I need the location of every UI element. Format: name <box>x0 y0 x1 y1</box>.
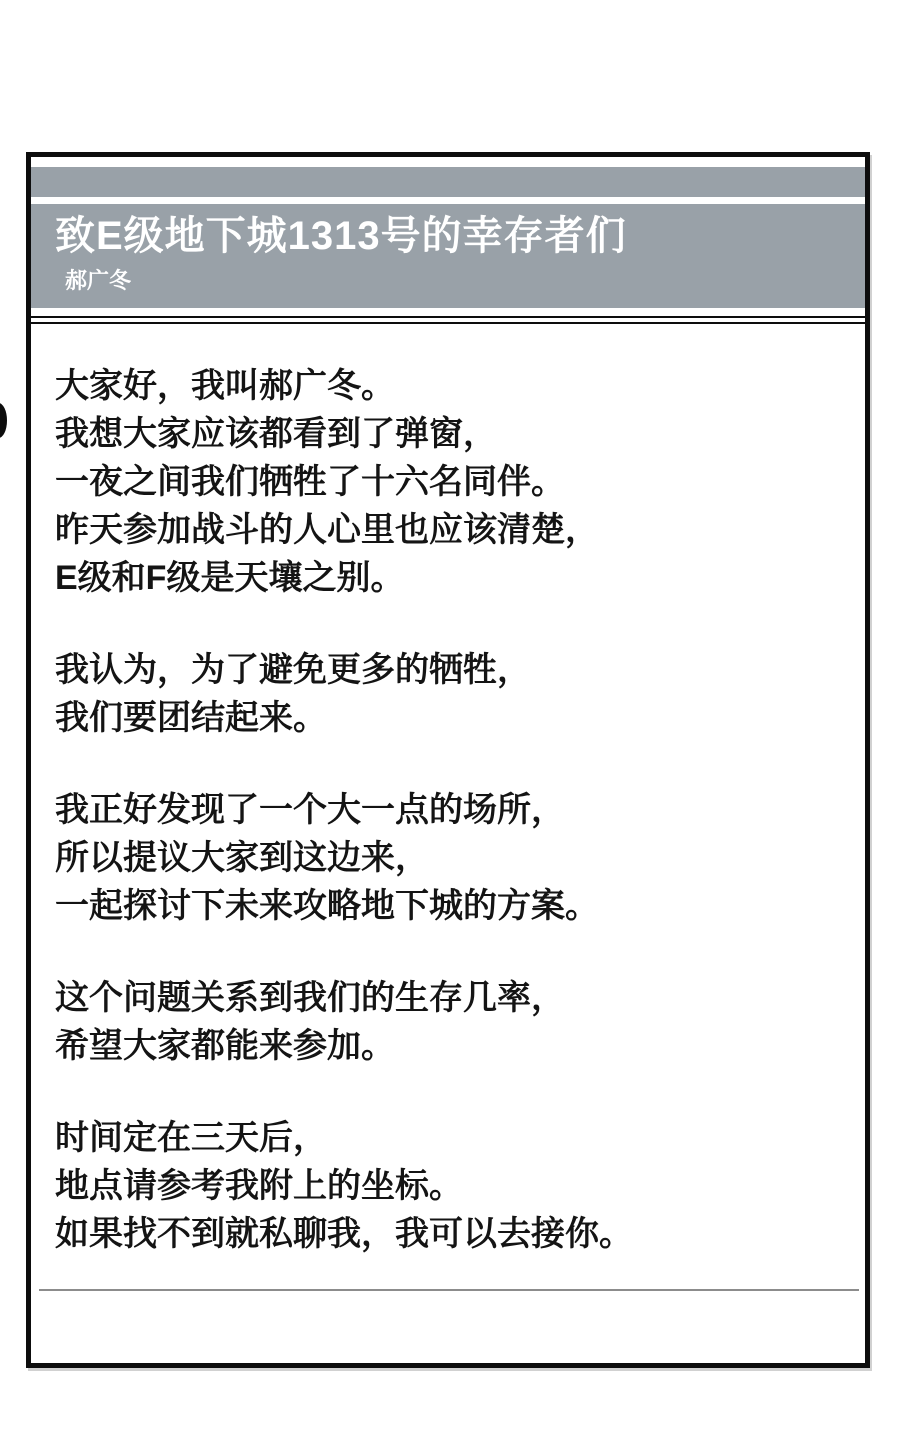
notice-body: 大家好，我叫郝广冬。我想大家应该都看到了弹窗，一夜之间我们牺牲了十六名同伴。昨天… <box>31 324 865 1258</box>
text-line: 地点请参考我附上的坐标。 <box>55 1162 835 1210</box>
text-line: 我们要团结起来。 <box>55 694 835 742</box>
notice-card-inner: 致E级地下城1313号的幸存者们 郝广冬 大家好，我叫郝广冬。我想大家应该都看到… <box>31 157 865 1363</box>
header-bottom-gap <box>31 308 865 316</box>
text-line: E级和F级是天壤之别。 <box>55 554 835 602</box>
text-line: 我想大家应该都看到了弹窗， <box>55 410 835 458</box>
header-mid-gap <box>31 197 865 204</box>
text-line: 希望大家都能来参加。 <box>55 1022 835 1070</box>
paragraph: 我正好发现了一个大一点的场所，所以提议大家到这边来，一起探讨下未来攻略地下城的方… <box>55 786 835 930</box>
header-top-bar <box>31 167 865 197</box>
header-top-gap <box>31 157 865 167</box>
text-line: 一起探讨下未来攻略地下城的方案。 <box>55 882 835 930</box>
paragraph: 时间定在三天后，地点请参考我附上的坐标。如果找不到就私聊我，我可以去接你。 <box>55 1114 835 1258</box>
paragraph: 这个问题关系到我们的生存几率，希望大家都能来参加。 <box>55 974 835 1070</box>
text-line: 时间定在三天后， <box>55 1114 835 1162</box>
notice-title: 致E级地下城1313号的幸存者们 <box>55 212 845 260</box>
paragraph: 我认为，为了避免更多的牺牲，我们要团结起来。 <box>55 646 835 742</box>
footer-divider-line <box>39 1289 859 1291</box>
text-line: 我认为，为了避免更多的牺牲， <box>55 646 835 694</box>
left-edge-crescent-mark <box>0 403 7 438</box>
title-block: 致E级地下城1313号的幸存者们 郝广冬 <box>31 204 865 308</box>
page: 致E级地下城1313号的幸存者们 郝广冬 大家好，我叫郝广冬。我想大家应该都看到… <box>0 0 900 1440</box>
paragraph: 大家好，我叫郝广冬。我想大家应该都看到了弹窗，一夜之间我们牺牲了十六名同伴。昨天… <box>55 362 835 602</box>
notice-card: 致E级地下城1313号的幸存者们 郝广冬 大家好，我叫郝广冬。我想大家应该都看到… <box>26 152 870 1368</box>
text-line: 这个问题关系到我们的生存几率， <box>55 974 835 1022</box>
header-double-line-separator <box>31 316 865 324</box>
text-line: 我正好发现了一个大一点的场所， <box>55 786 835 834</box>
text-line: 昨天参加战斗的人心里也应该清楚， <box>55 506 835 554</box>
text-line: 大家好，我叫郝广冬。 <box>55 362 835 410</box>
notice-author: 郝广冬 <box>65 268 845 294</box>
text-line: 如果找不到就私聊我，我可以去接你。 <box>55 1210 835 1258</box>
text-line: 一夜之间我们牺牲了十六名同伴。 <box>55 458 835 506</box>
text-line: 所以提议大家到这边来， <box>55 834 835 882</box>
